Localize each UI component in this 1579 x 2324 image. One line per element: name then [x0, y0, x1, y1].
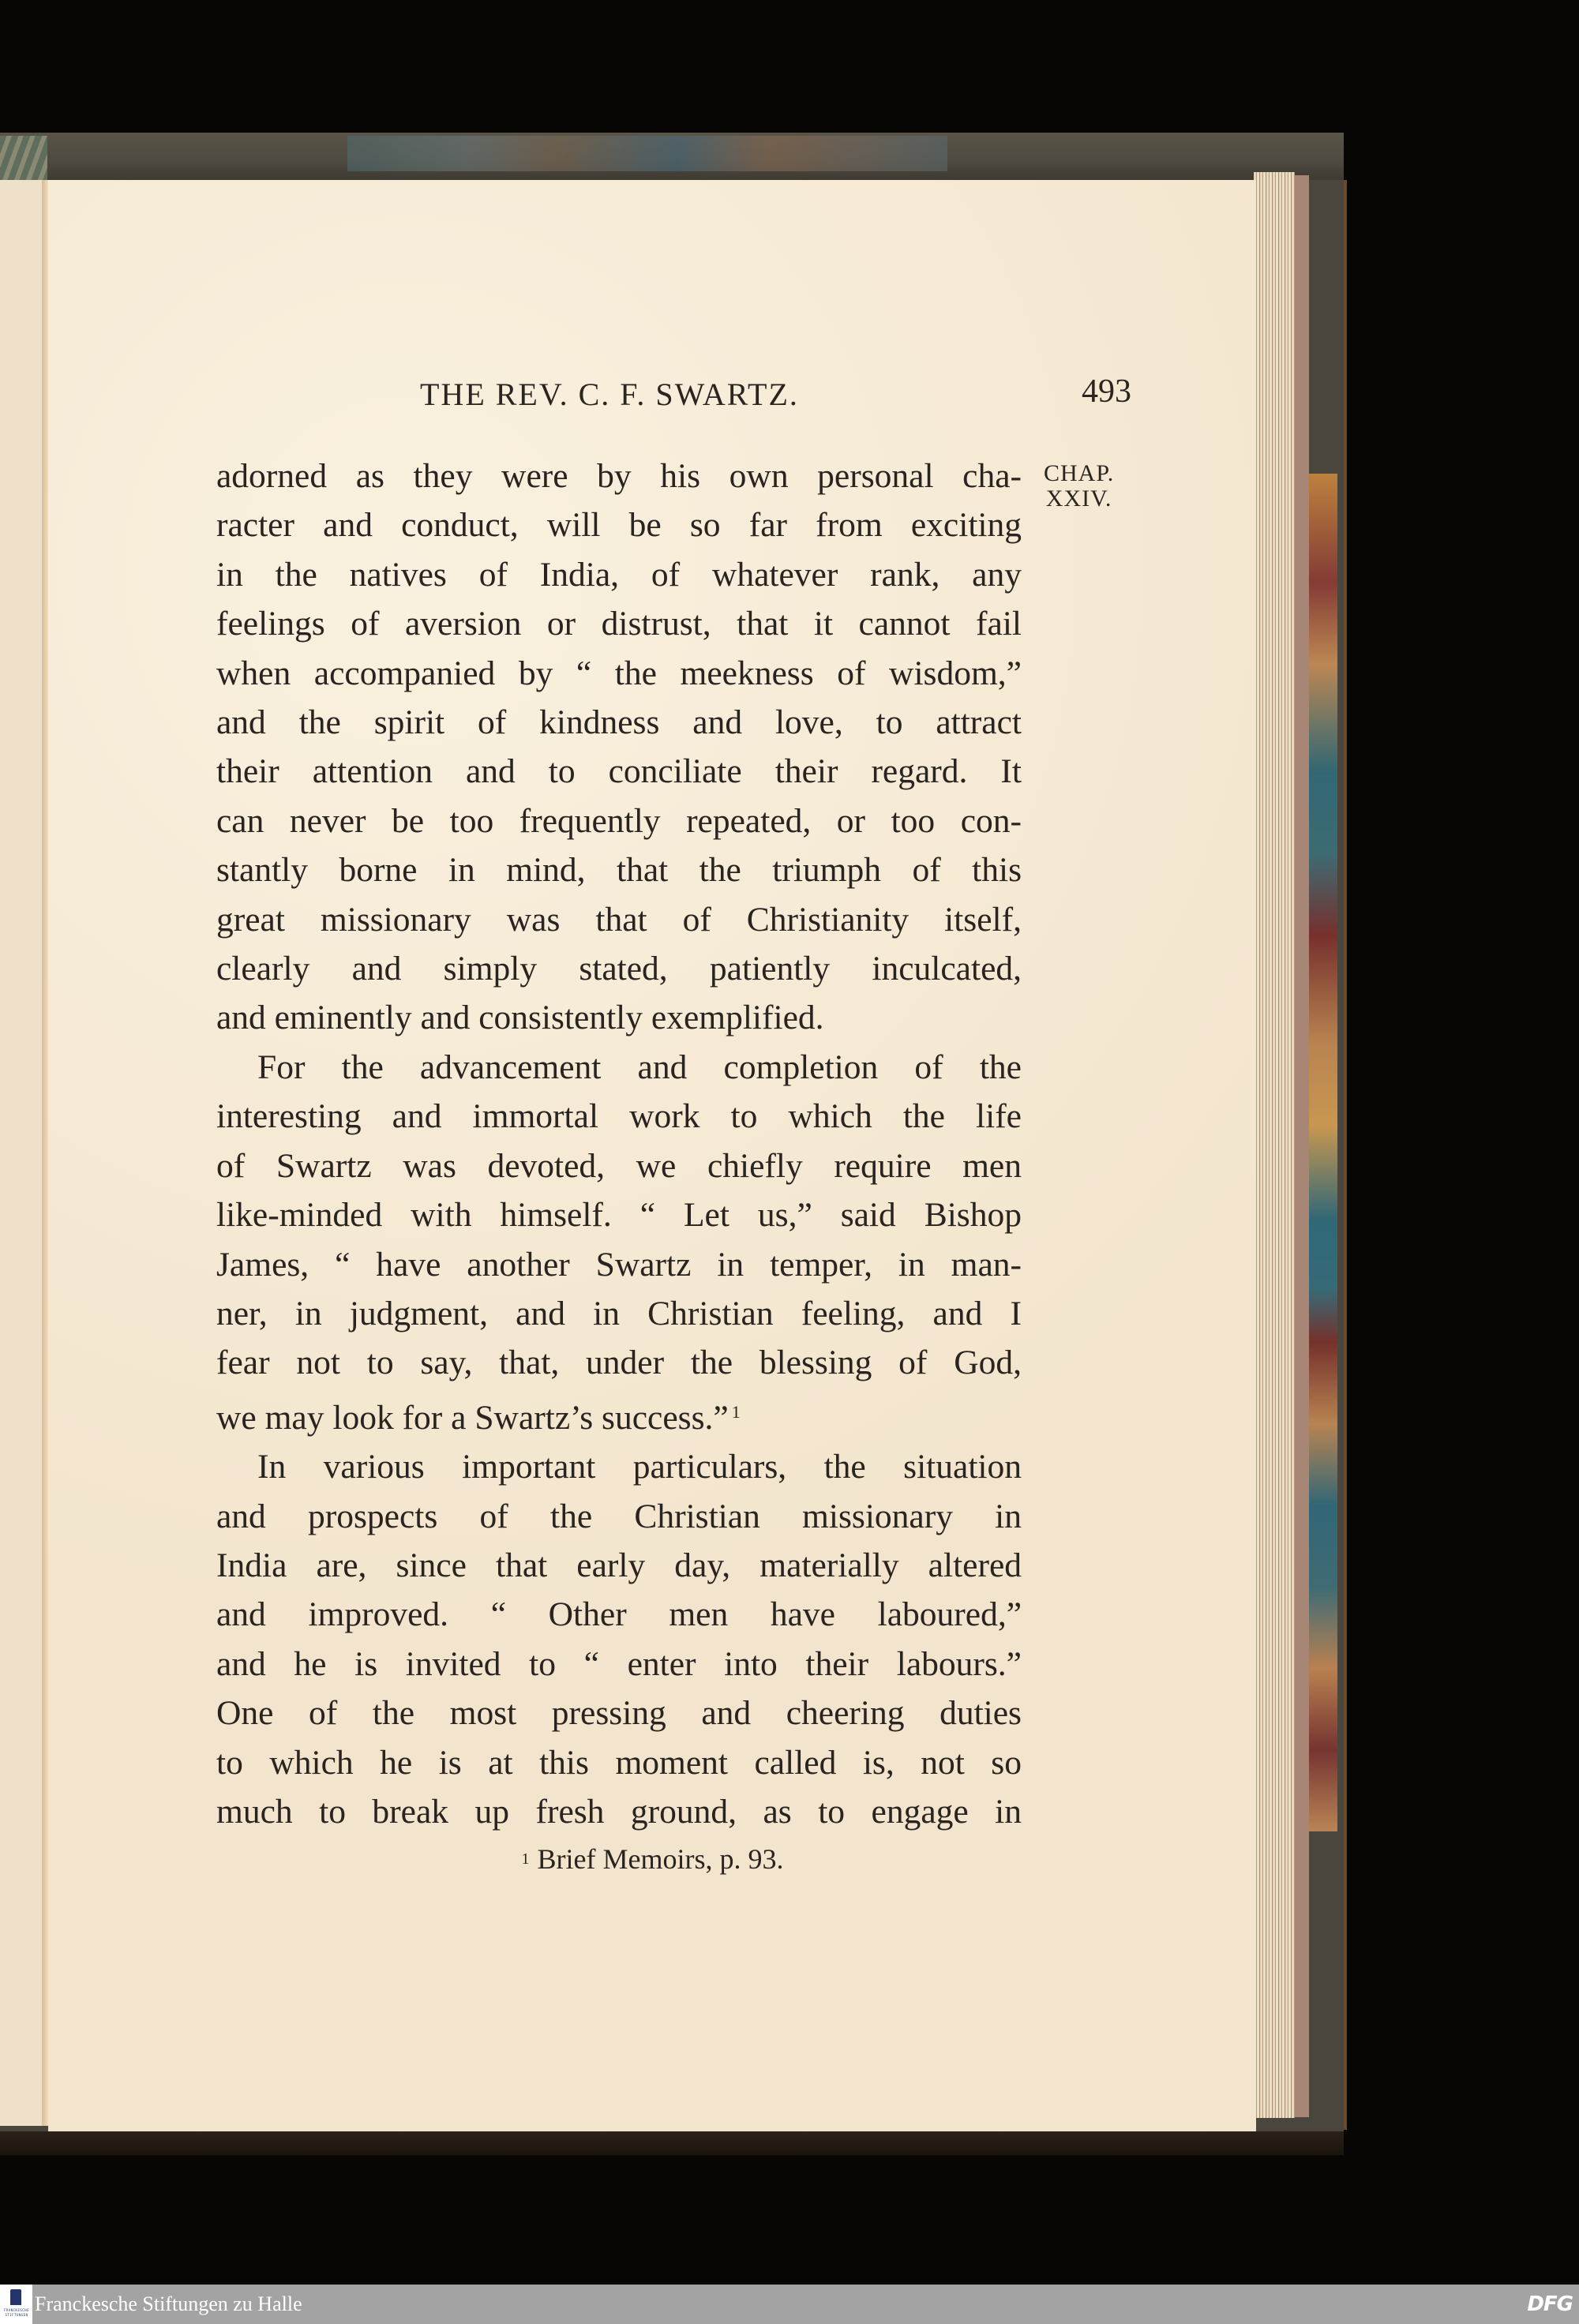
page-block-edges [1254, 172, 1295, 2118]
text-line: when accompanied by “ the meekness of wi… [216, 649, 1022, 698]
paragraph-start-line: For the advancement and completion of th… [216, 1043, 1022, 1092]
paragraph-start-line: In various important particulars, the si… [216, 1442, 1022, 1491]
text-line: and he is invited to “ enter into their … [216, 1640, 1022, 1689]
text-line: stantly borne in mind, that the triumph … [216, 845, 1022, 894]
page-number: 493 [1082, 373, 1131, 410]
text-line: clearly and simply stated, patiently inc… [216, 944, 1022, 993]
logo-text-line2: STIFTUNGEN [2, 2313, 32, 2318]
text-line: we may look for a Swartz’s success.” [216, 1399, 729, 1437]
dfg-logo[interactable]: DFG [1527, 2292, 1573, 2316]
chapter-margin-note: CHAP. XXIV. [1044, 461, 1114, 512]
text-line: One of the most pressing and cheering du… [216, 1689, 1022, 1737]
text-line: racter and conduct, will be so far from … [216, 500, 1022, 549]
text-line: to which he is at this moment called is,… [216, 1738, 1022, 1787]
text-line: great missionary was that of Christianit… [216, 895, 1022, 944]
text-line: their attention and to conciliate their … [216, 747, 1022, 796]
text-line: and improved. “ Other men have laboured,… [216, 1590, 1022, 1639]
footnote-reference: 1 [732, 1402, 741, 1422]
text-line: and prospects of the Christian missionar… [216, 1492, 1022, 1541]
top-marbled-board [347, 136, 947, 171]
footnote-text: Brief Memoirs, p. 93. [538, 1843, 784, 1875]
chapter-number: XXIV. [1044, 486, 1114, 512]
footnote: 1Brief Memoirs, p. 93. [0, 1842, 1305, 1876]
text-line: James, “ have another Swartz in temper, … [216, 1240, 1022, 1289]
text-line: in the natives of India, of whatever ran… [216, 550, 1022, 599]
text-line: and the spirit of kindness and love, to … [216, 698, 1022, 747]
book-cover-bottom-edge [0, 2131, 1344, 2155]
chapter-label: CHAP. [1044, 461, 1114, 486]
text-line: much to break up fresh ground, as to eng… [216, 1787, 1022, 1836]
text-line: of Swartz was devoted, we chiefly requir… [216, 1141, 1022, 1190]
text-line: fear not to say, that, under the blessin… [216, 1338, 1022, 1387]
spine-strip [0, 136, 47, 182]
body-text: adorned as they were by his own personal… [216, 452, 1022, 1836]
text-line-with-footnote: we may look for a Swartz’s success.”1 [216, 1388, 1022, 1442]
footer-bar: FRANCKESCHE STIFTUNGEN Franckesche Stift… [0, 2285, 1579, 2324]
franckesche-stiftungen-logo[interactable]: FRANCKESCHE STIFTUNGEN [0, 2285, 32, 2324]
left-page-edge [0, 180, 47, 2126]
running-head: THE REV. C. F. SWARTZ. [420, 376, 799, 413]
text-line: like-minded with himself. “ Let us,” sai… [216, 1190, 1022, 1239]
institution-name[interactable]: Franckesche Stiftungen zu Halle [35, 2292, 302, 2316]
text-line: feelings of aversion or distrust, that i… [216, 599, 1022, 648]
text-line: can never be too frequently repeated, or… [216, 797, 1022, 845]
footnote-marker: 1 [522, 1850, 530, 1868]
marbled-board-edge [1304, 474, 1337, 1831]
text-line: interesting and immortal work to which t… [216, 1092, 1022, 1141]
figure-icon [10, 2289, 21, 2305]
gutter [42, 180, 48, 2126]
text-line: adorned as they were by his own personal… [216, 452, 1022, 500]
page-block-border [1293, 175, 1309, 2117]
text-line: ner, in judgment, and in Christian feeli… [216, 1289, 1022, 1338]
text-line: India are, since that early day, materia… [216, 1541, 1022, 1590]
text-line: and eminently and consistently exemplifi… [216, 993, 1022, 1042]
